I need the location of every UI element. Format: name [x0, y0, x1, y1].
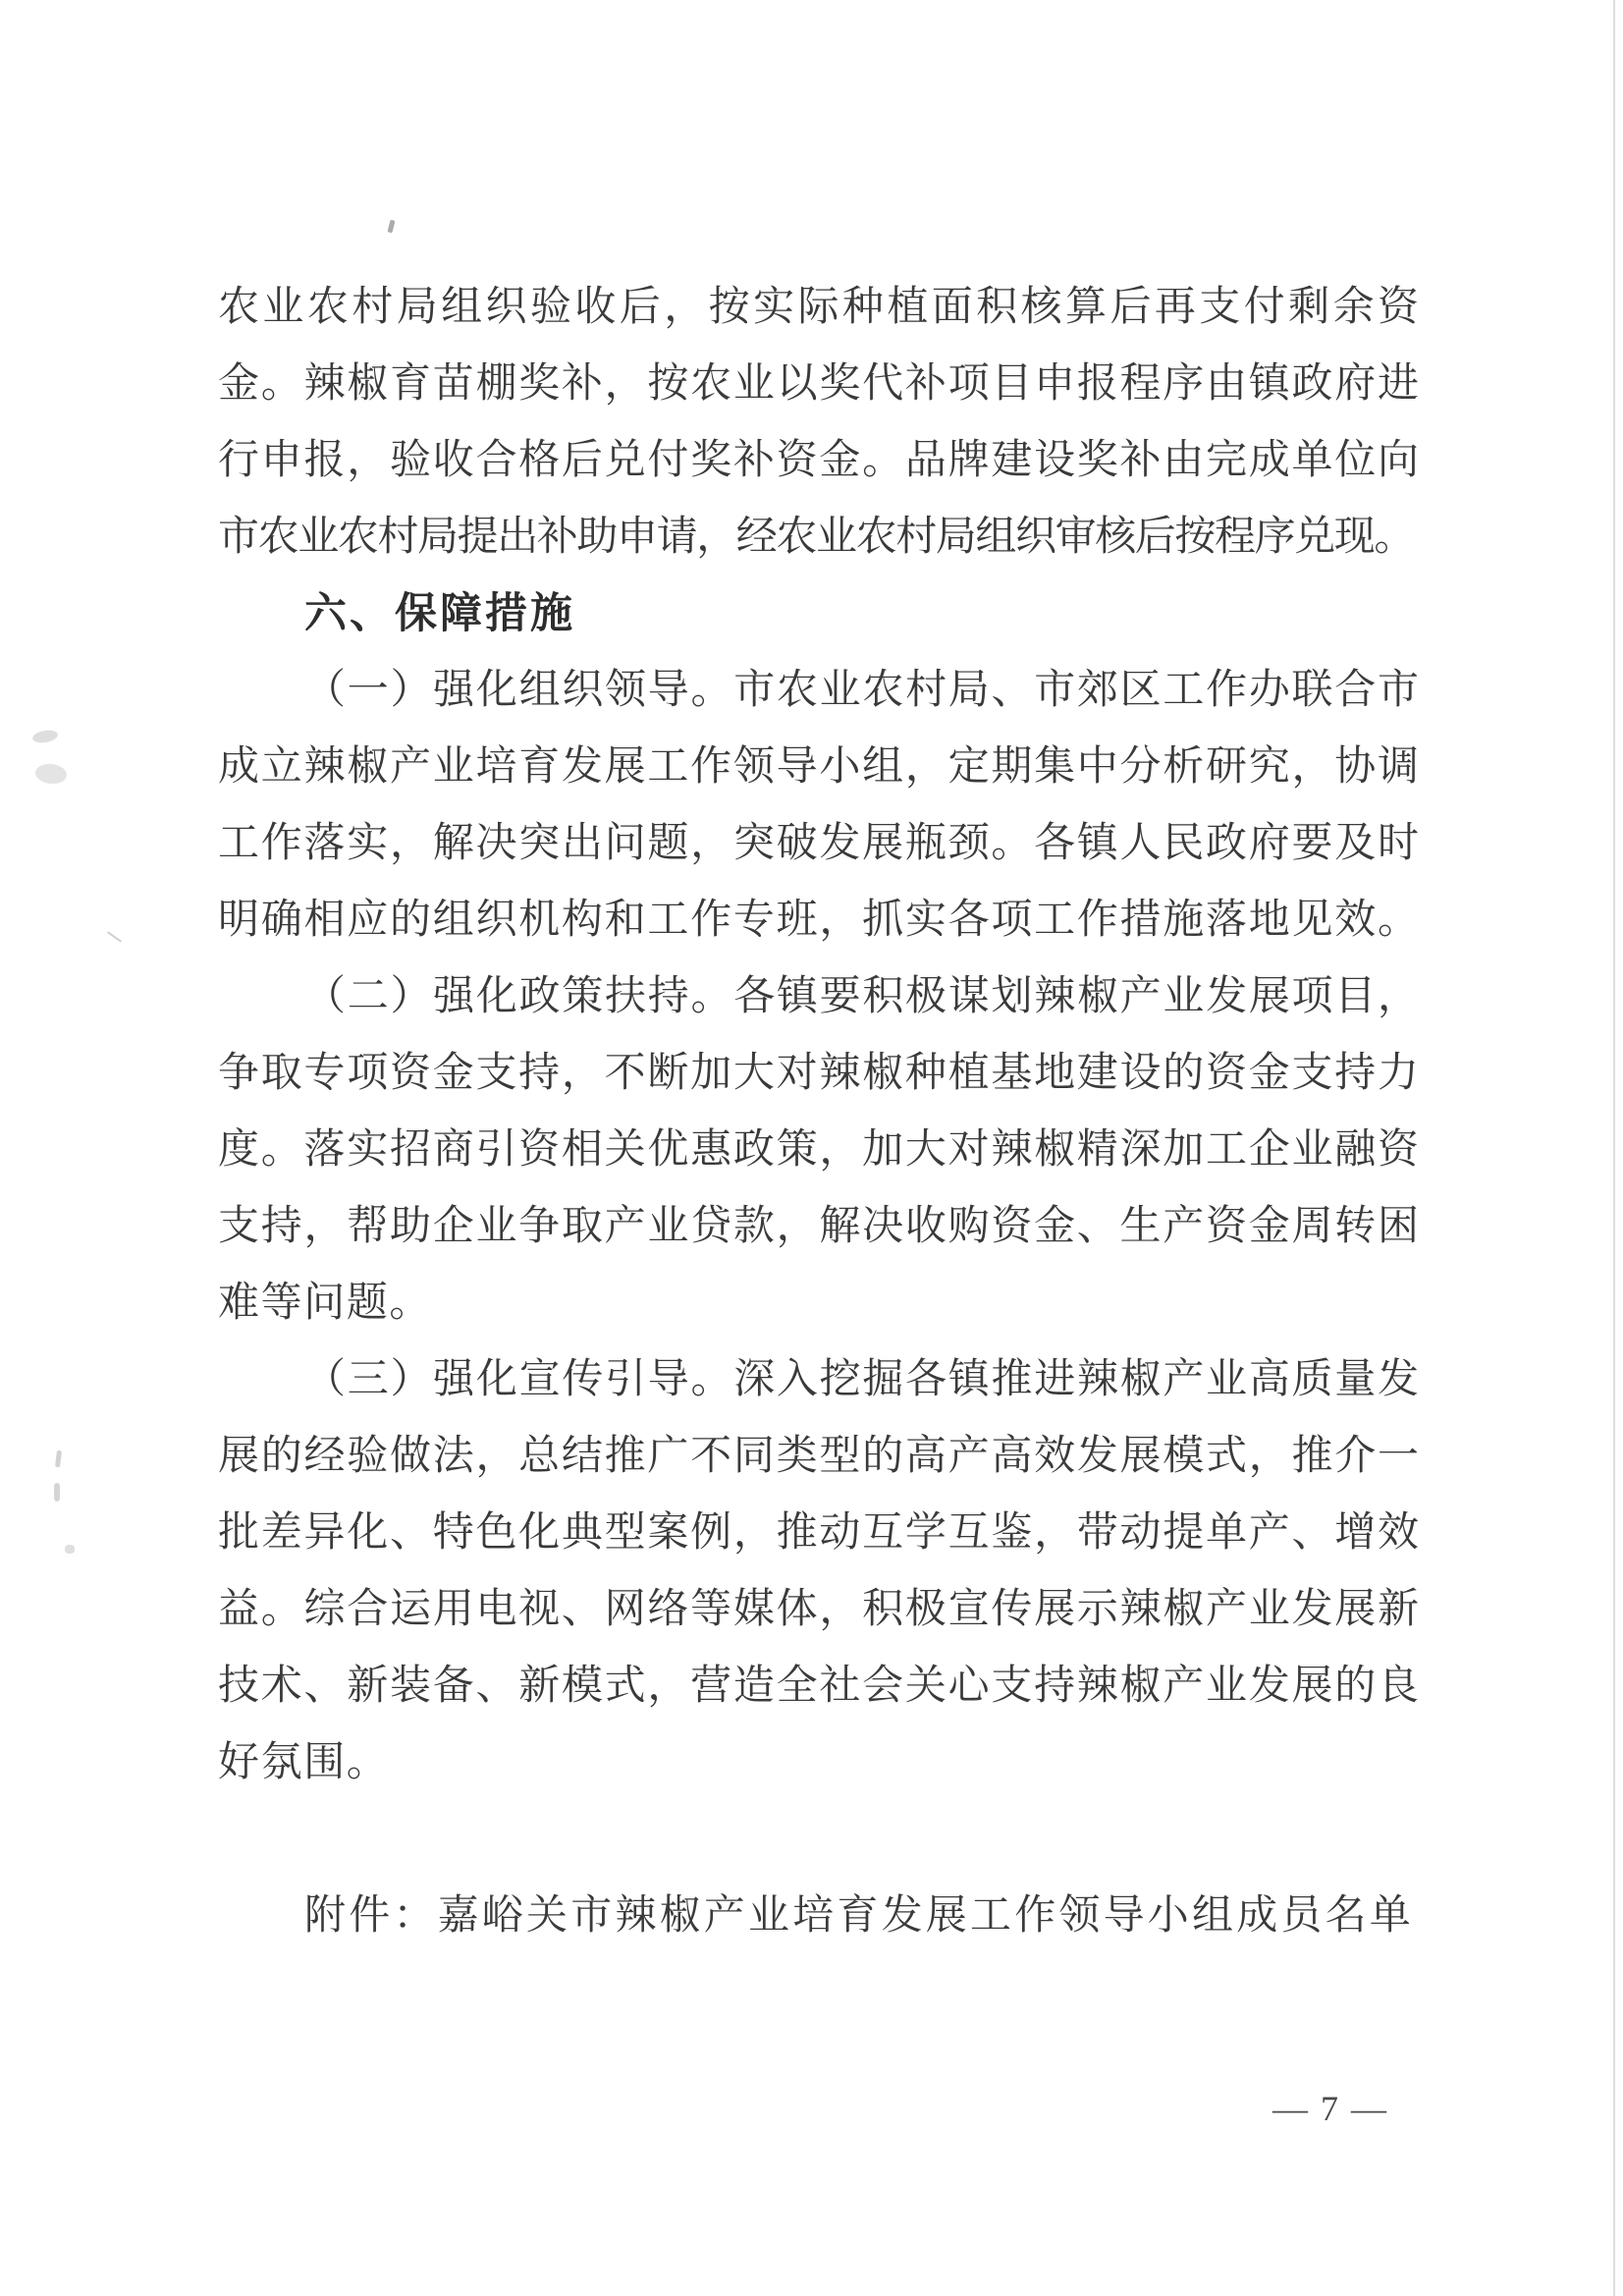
- paragraph-item-2: （二）强化政策扶持。各镇要积极谋划辣椒产业发展项目， 争取专项资金支持，不断加大…: [218, 958, 1419, 1341]
- text-line: 市农业农村局提出补助申请，经农业农村局组织审核后按程序兑现。: [218, 499, 1419, 575]
- text-line: 难等问题。: [218, 1265, 1419, 1341]
- section-heading: 六、保障措施: [218, 575, 1419, 652]
- text-line: 益。综合运用电视、网络等媒体，积极宣传展示辣椒产业发展新: [218, 1571, 1419, 1648]
- scan-artifact-tick: [107, 931, 122, 942]
- scan-edge-line: [1613, 0, 1615, 2296]
- text-line: （一）强化组织领导。市农业农村局、市郊区工作办联合市: [218, 652, 1419, 729]
- scan-artifact-mark: [54, 1483, 60, 1502]
- text-line: 支持，帮助企业争取产业贷款，解决收购资金、生产资金周转困: [218, 1188, 1419, 1265]
- scan-artifact-smudge: [34, 762, 68, 785]
- text-line: （二）强化政策扶持。各镇要积极谋划辣椒产业发展项目，: [218, 958, 1419, 1035]
- text-line: （三）强化宣传引导。深入挖掘各镇推进辣椒产业高质量发: [218, 1341, 1419, 1418]
- scan-artifact-mark: [55, 1450, 62, 1467]
- text-line: 农业农村局组织验收后，按实际种植面积核算后再支付剩余资: [218, 269, 1419, 346]
- scan-artifact-smudge: [31, 729, 59, 744]
- text-line: 好氛围。: [218, 1724, 1419, 1801]
- scan-artifact-mark: [65, 1545, 75, 1554]
- text-line: 度。落实招商引资相关优惠政策，加大对辣椒精深加工企业融资: [218, 1112, 1419, 1188]
- text-line: 展的经验做法，总结推广不同类型的高产高效发展模式，推介一: [218, 1418, 1419, 1495]
- text-line: 工作落实，解决突出问题，突破发展瓶颈。各镇人民政府要及时: [218, 805, 1419, 882]
- attachment-note: 附件：嘉峪关市辣椒产业培育发展工作领导小组成员名单: [218, 1878, 1419, 1954]
- text-line: 争取专项资金支持，不断加大对辣椒种植基地建设的资金支持力: [218, 1035, 1419, 1112]
- page-number: — 7 —: [1272, 2080, 1388, 2137]
- paragraph-item-3: （三）强化宣传引导。深入挖掘各镇推进辣椒产业高质量发 展的经验做法，总结推广不同…: [218, 1341, 1419, 1801]
- document-body: 农业农村局组织验收后，按实际种植面积核算后再支付剩余资 金。辣椒育苗棚奖补，按农…: [218, 269, 1419, 1954]
- text-line: 成立辣椒产业培育发展工作领导小组，定期集中分析研究，协调: [218, 729, 1419, 805]
- text-line: 金。辣椒育苗棚奖补，按农业以奖代补项目申报程序由镇政府进: [218, 346, 1419, 422]
- text-line: 行申报，验收合格后兑付奖补资金。品牌建设奖补由完成单位向: [218, 422, 1419, 499]
- text-line: 技术、新装备、新模式，营造全社会关心支持辣椒产业发展的良: [218, 1648, 1419, 1724]
- paragraph-continued: 农业农村局组织验收后，按实际种植面积核算后再支付剩余资 金。辣椒育苗棚奖补，按农…: [218, 269, 1419, 575]
- scan-artifact-speck: [388, 220, 396, 234]
- text-line: 明确相应的组织机构和工作专班，抓实各项工作措施落地见效。: [218, 882, 1419, 958]
- scanned-document-page: 农业农村局组织验收后，按实际种植面积核算后再支付剩余资 金。辣椒育苗棚奖补，按农…: [0, 0, 1623, 2296]
- blank-line: [218, 1801, 1419, 1878]
- text-line: 批差异化、特色化典型案例，推动互学互鉴，带动提单产、增效: [218, 1495, 1419, 1571]
- paragraph-item-1: （一）强化组织领导。市农业农村局、市郊区工作办联合市 成立辣椒产业培育发展工作领…: [218, 652, 1419, 958]
